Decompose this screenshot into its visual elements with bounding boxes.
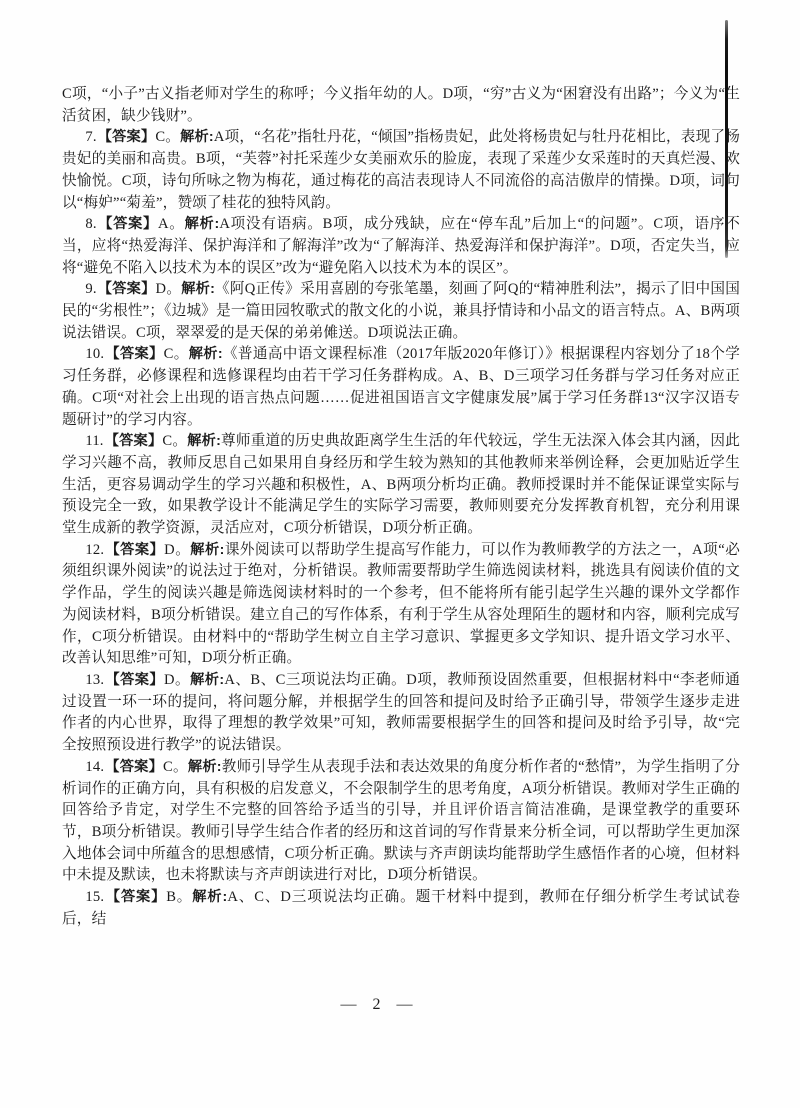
answer-item: 11.【答案】C。解析:尊师重道的历史典故距离学生生活的年代较远，学生无法深入体… (62, 431, 740, 540)
item-number: 13. (85, 672, 105, 688)
analysis-label: 解析: (190, 542, 224, 558)
answer-label: 【答案】 (105, 542, 164, 558)
answer-letter: D。 (156, 281, 182, 297)
answer-label: 【答案】 (98, 216, 158, 232)
answer-label: 【答案】 (105, 889, 166, 905)
analysis-text: 课外阅读可以帮助学生提高写作能力，可以作为教师教学的方法之一，A项“必须组织课外… (62, 542, 740, 667)
answer-letter: C。 (162, 433, 187, 449)
answer-list: 7.【答案】C。解析:A项，“名花”指牡丹花，“倾国”指杨贵妃，此处将杨贵妃与牡… (62, 127, 740, 930)
item-number: 14. (85, 759, 105, 775)
answer-item: 9.【答案】D。解析:《阿Q正传》采用喜剧的夸张笔墨，刻画了阿Q的“精神胜利法”… (62, 279, 740, 344)
item-number: 9. (85, 281, 97, 297)
answer-letter: B。 (166, 889, 192, 905)
answer-item: 15.【答案】B。解析:A、C、D三项说法均正确。题干材料中提到，教师在仔细分析… (62, 887, 740, 930)
analysis-label: 解析: (181, 281, 215, 297)
analysis-label: 解析: (180, 129, 214, 145)
answer-label: 【答案】 (105, 433, 163, 449)
page-number: — 2 — (0, 996, 756, 1014)
answer-letter: A。 (158, 216, 185, 232)
answer-label: 【答案】 (98, 129, 156, 145)
document-page: C项，“小子”古义指老师对学生的称呼；今义指年幼的人。D项，“穷”古义为“困窘没… (0, 0, 800, 1108)
item-number: 7. (85, 129, 97, 145)
answer-item: 8.【答案】A。解析:A项没有语病。B项，成分残缺，应在“停车乱”后加上“的问题… (62, 214, 740, 279)
answer-item: 14.【答案】C。解析:教师引导学生从表现手法和表达效果的角度分析作者的“愁情”… (62, 757, 740, 887)
answer-item: 7.【答案】C。解析:A项，“名花”指牡丹花，“倾国”指杨贵妃，此处将杨贵妃与牡… (62, 127, 740, 214)
answer-letter: C。 (155, 129, 180, 145)
answer-label: 【答案】 (105, 759, 163, 775)
item-number: 12. (85, 542, 105, 558)
analysis-label: 解析: (190, 672, 224, 688)
answer-item: 12.【答案】D。解析:课外阅读可以帮助学生提高写作能力，可以作为教师教学的方法… (62, 540, 740, 670)
analysis-text: 教师引导学生从表现手法和表达效果的角度分析作者的“愁情”，为学生指明了分析词作的… (62, 759, 740, 884)
item-number: 10. (85, 346, 105, 362)
answer-item: 13.【答案】D。解析:A、B、C三项说法均正确。D项，教师预设固然重要，但根据… (62, 670, 740, 757)
answer-letter: C。 (163, 759, 188, 775)
answer-label: 【答案】 (105, 672, 164, 688)
analysis-label: 解析: (192, 889, 227, 905)
analysis-label: 解析: (185, 216, 220, 232)
answer-item: 10.【答案】C。解析:《普通高中语文课程标准（2017年版2020年修订）》根… (62, 344, 740, 431)
analysis-label: 解析: (188, 759, 222, 775)
item-number: 8. (85, 216, 97, 232)
analysis-label: 解析: (187, 433, 221, 449)
continuation-paragraph: C项，“小子”古义指老师对学生的称呼；今义指年幼的人。D项，“穷”古义为“困窘没… (62, 84, 740, 127)
item-number: 15. (85, 889, 105, 905)
answer-letter: D。 (164, 542, 190, 558)
answer-label: 【答案】 (98, 281, 156, 297)
item-number: 11. (85, 433, 104, 449)
analysis-label: 解析: (189, 346, 223, 362)
answer-letter: D。 (164, 672, 190, 688)
answer-key-content: C项，“小子”古义指老师对学生的称呼；今义指年幼的人。D项，“穷”古义为“困窘没… (62, 84, 740, 930)
answer-letter: C。 (164, 346, 189, 362)
answer-label: 【答案】 (105, 346, 163, 362)
